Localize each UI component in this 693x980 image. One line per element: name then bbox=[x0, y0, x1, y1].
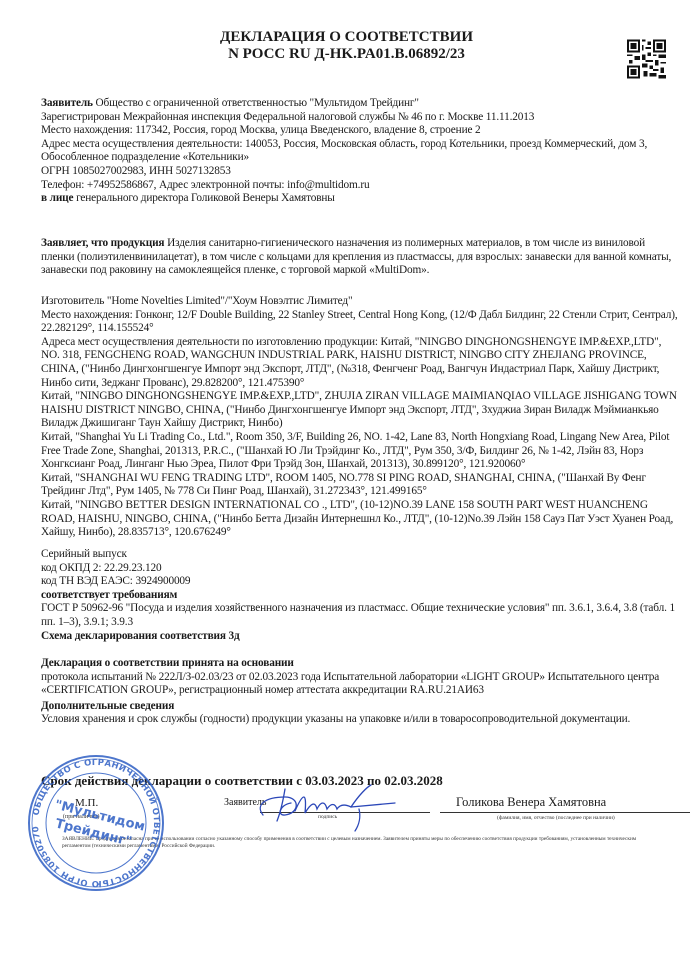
production-site: Адреса мест осуществления деятельности п… bbox=[41, 336, 681, 390]
requirements-text: ГОСТ Р 50962-96 "Посуда и изделия хозяйс… bbox=[41, 602, 681, 629]
represented-by: генерального директора Голиковой Венеры … bbox=[73, 192, 334, 204]
scheme-label: Схема декларирования соответствия 3д bbox=[41, 630, 681, 644]
applicant-label: Заявитель bbox=[41, 97, 93, 109]
applicant-ogrn: ОГРН 1085027002983, ИНН 5027132853 bbox=[41, 165, 681, 179]
tnved-code: код ТН ВЭД ЕАЭС: 3924900009 bbox=[41, 575, 681, 589]
production-site: Китай, "Shanghai Yu Li Trading Co., Ltd.… bbox=[41, 431, 681, 472]
product-label: Заявляет, что продукция bbox=[41, 237, 164, 249]
applicant-section: Заявитель Общество с ограниченной ответс… bbox=[41, 97, 681, 206]
qr-code-icon bbox=[627, 37, 666, 81]
applicant-registered: Зарегистрирован Межрайонная инспекция Фе… bbox=[41, 111, 681, 125]
basis-text: протокола испытаний № 222Л/З-02.03/23 от… bbox=[41, 671, 681, 698]
handwritten-signature-icon bbox=[255, 783, 405, 833]
basis-label: Декларация о соответствии принята на осн… bbox=[41, 657, 681, 671]
additional-text: Условия хранения и срок службы (годности… bbox=[41, 713, 681, 727]
serial-type: Серийный выпуск bbox=[41, 548, 681, 562]
name-caption: (фамилия, имя, отчество (последнее при н… bbox=[497, 815, 615, 821]
applicant-name: Общество с ограниченной ответственностью… bbox=[93, 97, 419, 109]
manufacturer-location: Место нахождения: Гонконг, 12/F Double B… bbox=[41, 309, 681, 336]
applicant-location: Место нахождения: 117342, Россия, город … bbox=[41, 124, 681, 138]
classification-section: Серийный выпуск код ОКПД 2: 22.29.23.120… bbox=[41, 548, 681, 643]
document-number: N РОСС RU Д-HK.PA01.B.06892/23 bbox=[0, 46, 693, 63]
product-section: Заявляет, что продукция Изделия санитарн… bbox=[41, 237, 681, 278]
applicant-contacts: Телефон: +74952586867, Адрес электронной… bbox=[41, 179, 681, 193]
name-line bbox=[440, 812, 690, 813]
signer-full-name: Голикова Венера Хамятовна bbox=[456, 795, 606, 810]
document-title: ДЕКЛАРАЦИЯ О СООТВЕТСТВИИ bbox=[0, 29, 693, 46]
company-seal-icon: ОБЩЕСТВО С ОГРАНИЧЕННОЙ ОТВЕТСТВЕННОСТЬЮ… bbox=[26, 753, 166, 893]
manufacturer-name: Изготовитель "Home Novelties Limited"/"Х… bbox=[41, 295, 681, 309]
represented-label: в лице bbox=[41, 192, 73, 204]
additional-label: Дополнительные сведения bbox=[41, 700, 681, 714]
production-site: Китай, "NINGBO BETTER DESIGN INTERNATION… bbox=[41, 499, 681, 540]
manufacturer-section: Изготовитель "Home Novelties Limited"/"Х… bbox=[41, 295, 681, 540]
production-site: Китай, "NINGBO DINGHONGSHENGYE IMP.&EXP.… bbox=[41, 390, 681, 431]
okpd2-code: код ОКПД 2: 22.29.23.120 bbox=[41, 562, 681, 576]
document-header: ДЕКЛАРАЦИЯ О СООТВЕТСТВИИ N РОСС RU Д-HK… bbox=[0, 29, 693, 63]
declaration-document: ДЕКЛАРАЦИЯ О СООТВЕТСТВИИ N РОСС RU Д-HK… bbox=[0, 0, 693, 980]
production-site: Китай, "SHANGHAI WU FENG TRADING LTD", R… bbox=[41, 472, 681, 499]
requirements-label: соответствует требованиям bbox=[41, 589, 681, 603]
basis-section: Декларация о соответствии принята на осн… bbox=[41, 657, 681, 727]
applicant-activity-address: Адрес места осуществления деятельности: … bbox=[41, 138, 681, 165]
